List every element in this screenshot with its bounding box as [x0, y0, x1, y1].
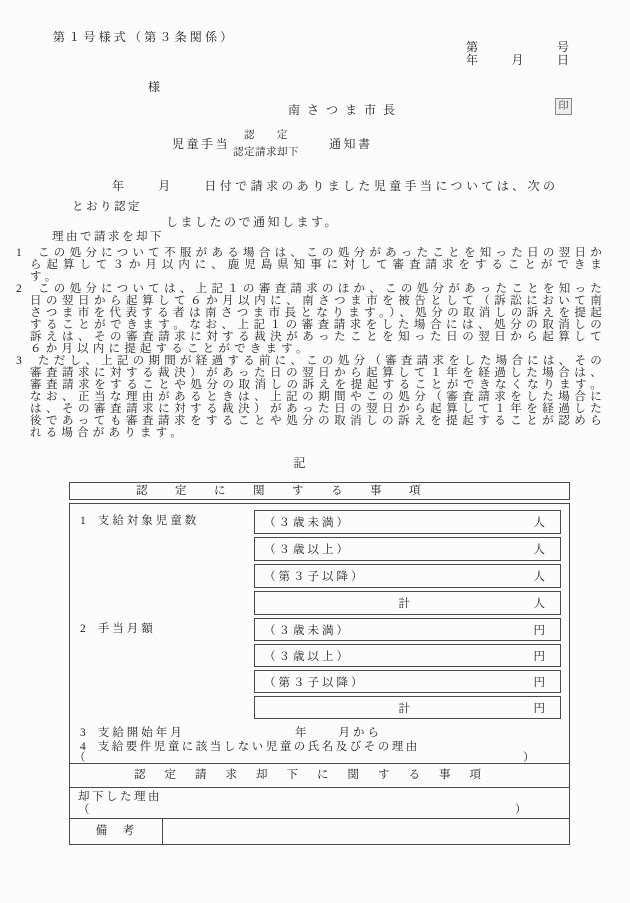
rejection-reason-label: 却下した理由: [78, 791, 569, 804]
issuer-mayor: 南さつま市長: [288, 101, 402, 118]
box-unit: 人: [534, 541, 549, 557]
box-label: 計: [278, 700, 534, 716]
count-box-over3: （３歳以上） 人: [254, 537, 561, 561]
box-label: （第３子以降）: [264, 674, 366, 690]
amount-box-third-child: （第３子以降） 円: [254, 670, 561, 693]
section-label: 1支給対象児童数: [70, 510, 254, 615]
document-title: 児童手当 認 定 認定請求却下 通知書: [172, 127, 373, 159]
request-sentence-tail: しましたので通知します。: [166, 213, 339, 230]
box-unit: 人: [534, 595, 549, 611]
box-unit: 円: [534, 700, 549, 716]
date-month-label: 月: [511, 51, 523, 68]
note-text: この処分について不服がある場合は、この処分があったことを知った日の翌日から起算し…: [30, 247, 606, 283]
remarks-label: 備 考: [70, 819, 163, 845]
box-unit: 円: [534, 648, 549, 664]
section-ineligible-children: 4支給要件児童に該当しない児童の氏名及びその理由 （ ）: [70, 742, 569, 764]
reason-blank: （ ）: [74, 753, 569, 764]
request-option-approve: とおり認定: [72, 198, 164, 214]
box-label: （第３子以降）: [264, 568, 366, 584]
table-header-nintei: 認定に関する事項: [69, 482, 570, 500]
section-payment-start: 3支給開始年月 年 月から: [70, 719, 569, 742]
count-box-under3: （３歳未満） 人: [254, 510, 561, 534]
count-box-third-child: （第３子以降） 人: [254, 564, 561, 588]
appeal-note-3: 3 ただし、上記の期間が経過する前に、この処分（審査請求をした場合には、その審査…: [16, 355, 606, 439]
table-header-kyakka: 認定請求却下に関する事項: [70, 764, 569, 788]
amount-box-over3: （３歳以上） 円: [254, 644, 561, 667]
addressee-sama: 様: [148, 78, 161, 95]
section-title: 支給要件児童に該当しない児童の氏名及びその理由: [98, 741, 420, 753]
box-label: （３歳以上）: [264, 648, 351, 664]
issue-date-line: 年 月 日: [466, 51, 569, 68]
box-label: 計: [278, 595, 534, 611]
note-text: ただし、上記の期間が経過する前に、この処分（審査請求をした場合には、その審査請求…: [30, 355, 606, 439]
request-option-reject: 理由で請求を却下: [52, 228, 164, 244]
note-number: 2: [16, 283, 26, 295]
box-label: （３歳未満）: [264, 622, 351, 638]
box-unit: 人: [534, 514, 549, 530]
appeal-notes: 1 この処分について不服がある場合は、この処分があったことを知った日の翌日から起…: [16, 247, 606, 439]
remarks-blank: [163, 819, 569, 845]
amount-box-under3: （３歳未満） 円: [254, 618, 561, 641]
ki-marker: 記: [0, 454, 600, 471]
section-rejection-reason: 却下した理由 （ ）: [70, 788, 569, 819]
note-number: 3: [16, 355, 26, 367]
title-option-stack: 認 定 認定請求却下: [233, 127, 299, 159]
request-sentence-line1: 年 月 日付で請求のありました児童手当については、次の: [112, 177, 558, 194]
note-number: 1: [16, 247, 26, 259]
section-label: 4支給要件児童に該当しない児童の氏名及びその理由: [80, 742, 569, 753]
date-year-label: 年: [466, 51, 478, 68]
appeal-note-2: 2 この処分については、上記１の審査請求のほか、この処分があったことを知った日の…: [16, 283, 606, 355]
payment-start-blank: 年 月から: [295, 724, 382, 740]
appeal-note-1: 1 この処分について不服がある場合は、この処分があったことを知った日の翌日から起…: [16, 247, 606, 283]
title-option-approve: 認 定: [244, 127, 288, 142]
request-option-stack: とおり認定 理由で請求を却下: [52, 198, 164, 244]
form-number: 第１号様式（第３条関係）: [53, 28, 235, 45]
section-title: 支給対象児童数: [98, 515, 200, 527]
section-monthly-amount: 2手当月額 （３歳未満） 円 （３歳以上） 円 （第３子以降） 円: [70, 618, 569, 719]
section-title: 支給開始年月: [98, 727, 185, 739]
determination-table: 認定に関する事項 1支給対象児童数 （３歳未満） 人 （３歳以上） 人: [69, 482, 570, 845]
paren-close: ）: [523, 753, 537, 764]
section-number: 2: [80, 623, 86, 635]
box-unit: 人: [534, 568, 549, 584]
title-left: 児童手当: [172, 135, 230, 152]
official-seal-placeholder: 印: [555, 98, 572, 115]
date-day-label: 日: [557, 51, 569, 68]
section-title: 手当月額: [98, 623, 156, 635]
box-unit: 円: [534, 622, 549, 638]
amount-box-total: 計 円: [254, 696, 561, 719]
child-allowance-notice-form: 第１号様式（第３条関係） 第 号 年 月 日 様 南さつま市長 印 児童手当 認…: [0, 0, 630, 903]
box-label: （３歳未満）: [264, 514, 351, 530]
section-child-count: 1支給対象児童数 （３歳未満） 人 （３歳以上） 人 （第３子以降） 人: [70, 504, 569, 615]
section-label: 2手当月額: [70, 618, 254, 719]
count-box-total: 計 人: [254, 591, 561, 615]
paren-close: ）: [515, 804, 529, 817]
box-unit: 円: [534, 674, 549, 690]
paren-open: （: [78, 804, 92, 817]
section-number: 1: [80, 515, 86, 527]
title-option-reject: 認定請求却下: [233, 144, 299, 159]
paren-open: （: [74, 753, 88, 764]
section-value-boxes: （３歳未満） 円 （３歳以上） 円 （第３子以降） 円 計 円: [254, 618, 561, 719]
rejection-reason-blank: （ ）: [78, 804, 569, 817]
note-text: この処分については、上記１の審査請求のほか、この処分があったことを知った日の翌日…: [30, 283, 606, 355]
section-value-boxes: （３歳未満） 人 （３歳以上） 人 （第３子以降） 人 計 人: [254, 510, 561, 615]
request-sentence-line2: とおり認定 理由で請求を却下 しましたので通知します。: [52, 198, 339, 244]
section-number: 3: [80, 727, 86, 739]
title-right: 通知書: [329, 135, 373, 152]
table-body: 1支給対象児童数 （３歳未満） 人 （３歳以上） 人 （第３子以降） 人: [69, 503, 570, 845]
box-label: （３歳以上）: [264, 541, 351, 557]
section-remarks: 備 考: [70, 819, 569, 845]
